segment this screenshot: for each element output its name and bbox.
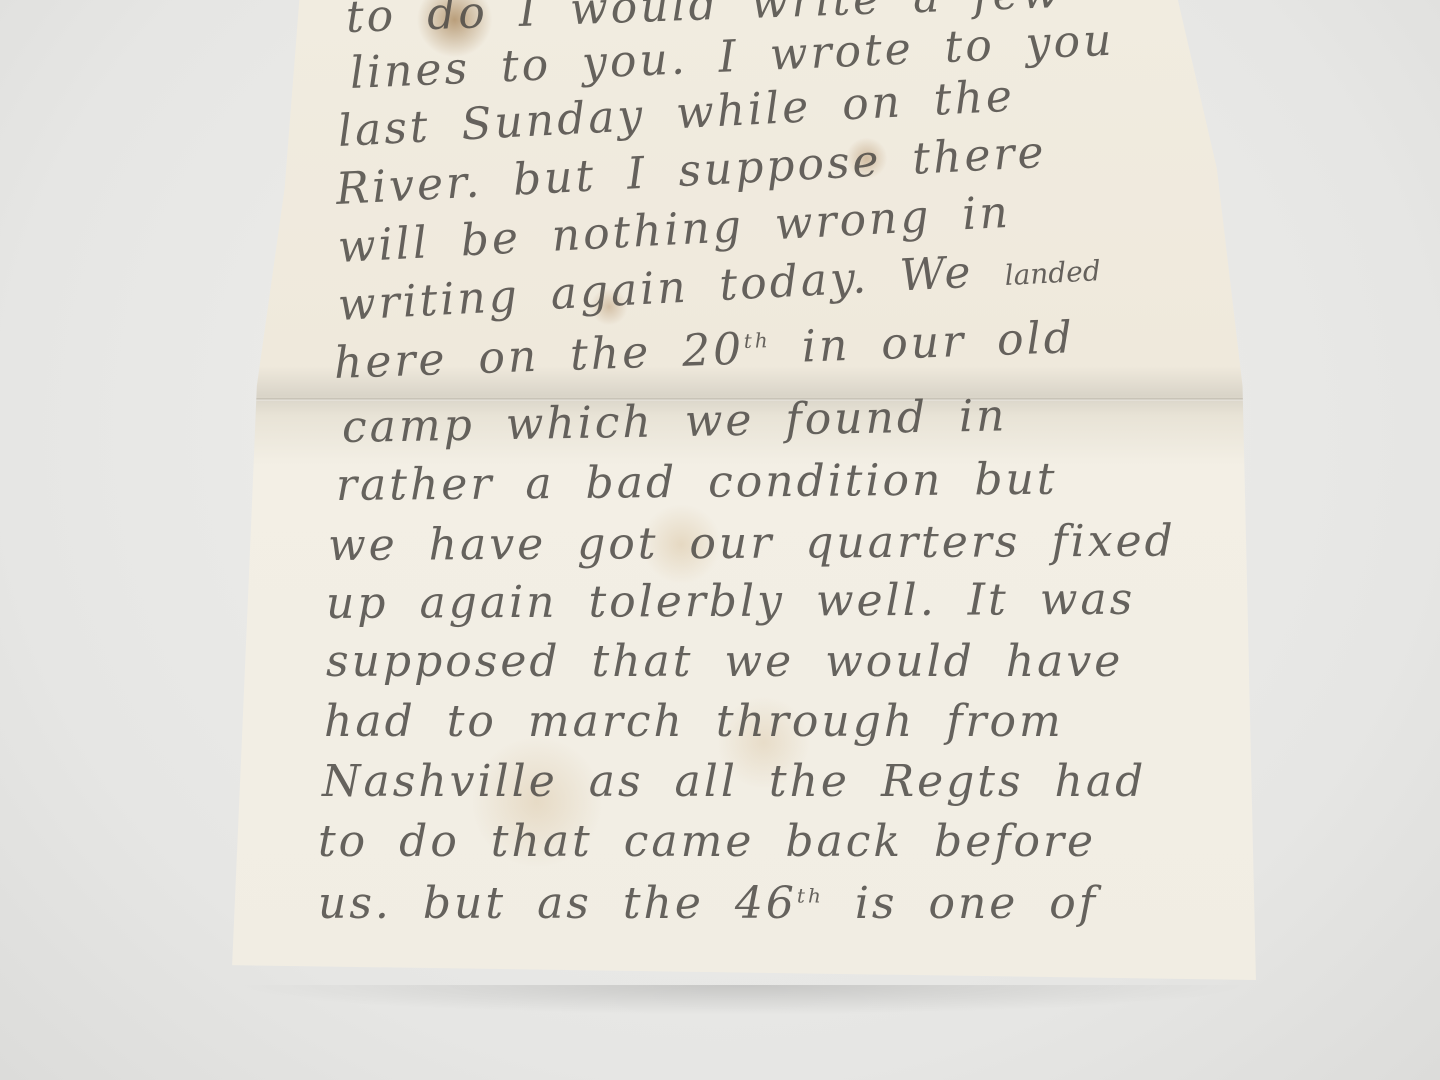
photo-scene: to do I would write a few lines to you. … (0, 0, 1440, 1080)
line-text: Nashville as all the Regts had (322, 756, 1146, 807)
letter-line: to do that came back before (318, 816, 1096, 867)
letter-line: had to march through from (324, 696, 1064, 747)
letter-line: Nashville as all the Regts had (322, 756, 1146, 807)
paper-shadow (232, 985, 1252, 1015)
margin-note: landed (1004, 254, 1102, 292)
letter-line: up again tolerbly well. It was (326, 574, 1136, 629)
line-text: to do that came back before (318, 816, 1096, 867)
line-text: here on the 20 (333, 324, 745, 389)
letter-page: to do I would write a few lines to you. … (228, 0, 1258, 980)
line-text: rather a bad condition but (336, 454, 1058, 511)
letter-line: we have got our quarters fixed (328, 516, 1176, 571)
line-text: us. but as the 46 (318, 878, 797, 929)
line-text: camp which we found in (342, 390, 1008, 453)
line-text: is one of (824, 878, 1098, 929)
letter-line: camp which we found in (342, 390, 1008, 453)
superscript: th (797, 883, 824, 907)
superscript: th (743, 328, 771, 353)
letter-line: us. but as the 46th is one of (318, 878, 1098, 929)
letter-line: rather a bad condition but (336, 454, 1058, 511)
line-text: up again tolerbly well. It was (326, 574, 1136, 629)
line-text: we have got our quarters fixed (328, 516, 1176, 571)
letter-line: supposed that we would have (326, 636, 1123, 687)
line-text: had to march through from (324, 696, 1064, 747)
line-text: supposed that we would have (326, 636, 1123, 687)
line-text: in our old (770, 312, 1076, 374)
